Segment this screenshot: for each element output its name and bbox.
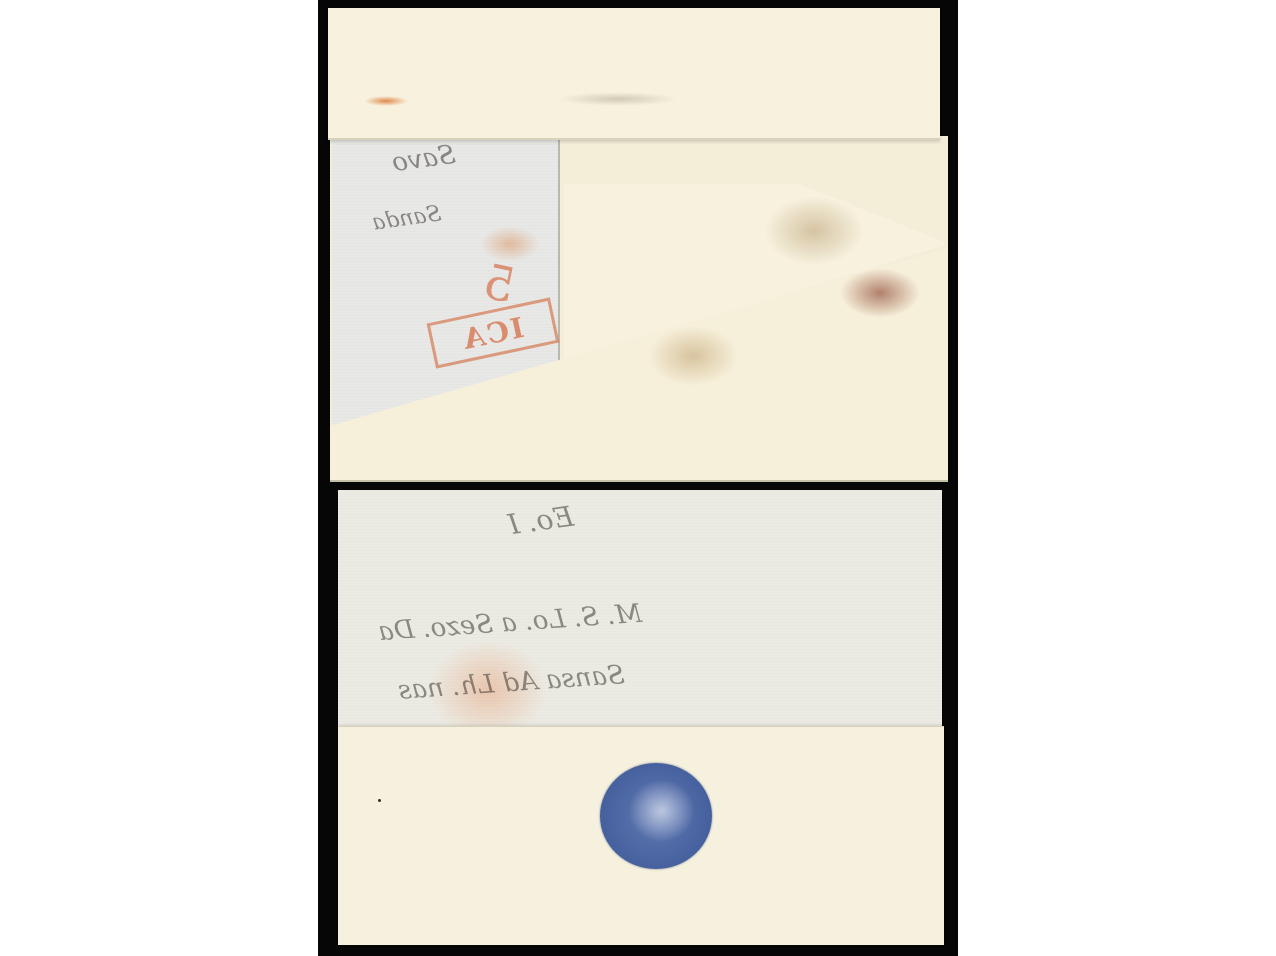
postmark-text: ICA	[459, 310, 528, 355]
ink-dot	[378, 799, 381, 802]
bottom-fold-flap	[338, 726, 944, 945]
letter-upper-panel: Savo Sanda 5 ICA	[328, 8, 950, 480]
blue-wax-seal	[600, 763, 712, 869]
smudge-stain	[558, 92, 678, 106]
top-fold-flap	[328, 8, 940, 140]
mirrored-handwriting: Savo	[390, 140, 457, 179]
letter-lower-panel: Eo. I M. S. Lo. a Sezo. Da Sansa Ad Lh. …	[338, 490, 944, 948]
red-crown-postmark: 5 ICA	[428, 226, 558, 366]
fold-stain	[764, 196, 864, 266]
rust-stain	[364, 96, 408, 106]
mirrored-handwriting: Eo. I	[506, 500, 576, 542]
address-sheet: Eo. I M. S. Lo. a Sezo. Da Sansa Ad Lh. …	[338, 490, 942, 740]
seal-tear-stain	[648, 326, 738, 386]
